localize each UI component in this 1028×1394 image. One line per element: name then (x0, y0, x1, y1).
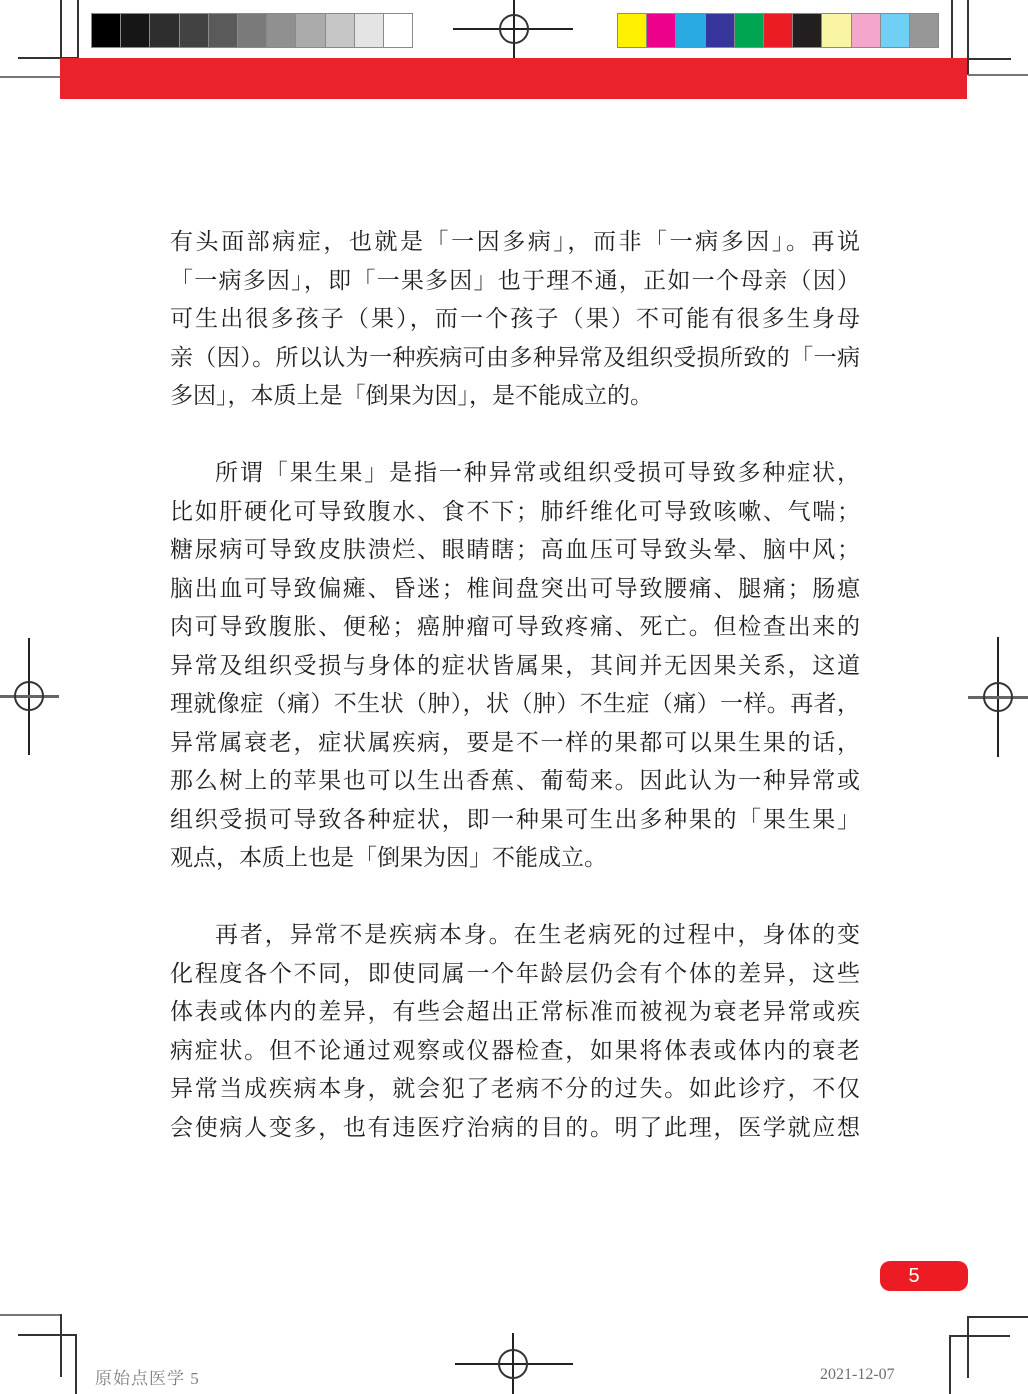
footer-book-title: 原始点医学 5 (95, 1364, 200, 1389)
crop-mark (967, 0, 969, 75)
grayscale-swatch (296, 14, 324, 47)
text-line: 理就像症（痛）不生状（肿），状（肿）不生症（痛）一样。再者， (170, 684, 860, 723)
color-calibration-bar (617, 13, 939, 48)
color-swatch (618, 14, 646, 47)
color-swatch (881, 14, 909, 47)
grayscale-swatch (209, 14, 237, 47)
page-number-badge: 5 (880, 1261, 968, 1291)
text-line: 所谓「果生果」是指一种异常或组织受损可导致多种症状， (170, 453, 860, 492)
grayscale-swatch (384, 14, 412, 47)
text-line: 异常属衰老，症状属疾病，要是不一样的果都可以果生果的话， (170, 723, 860, 762)
red-header-banner (60, 58, 967, 99)
text-line: 会使病人变多，也有违医疗治病的目的。明了此理，医学就应想 (170, 1108, 860, 1147)
text-line: 「一病多因」，即「一果多因」也于理不通，正如一个母亲（因） (170, 261, 860, 300)
grayscale-swatch (355, 14, 383, 47)
crop-mark (949, 1335, 951, 1394)
crop-mark (75, 1334, 77, 1394)
crop-mark (968, 74, 1028, 76)
grayscale-swatch (326, 14, 354, 47)
text-line: 再者，异常不是疾病本身。在生老病死的过程中，身体的变 (170, 915, 860, 954)
text-line: 脑出血可导致偏瘫、昏迷；椎间盘突出可导致腰痛、腿痛；肠瘜 (170, 569, 860, 608)
text-line: 糖尿病可导致皮肤溃烂、眼睛瞎；高血压可导致头晕、脑中风； (170, 530, 860, 569)
crop-mark (950, 1335, 1010, 1337)
grayscale-swatch (267, 14, 295, 47)
color-swatch (910, 14, 938, 47)
text-line: 亲（因）。所以认为一种疾病可由多种异常及组织受损所致的「一病 (170, 338, 860, 377)
crop-mark (77, 0, 79, 58)
grayscale-swatch (238, 14, 266, 47)
paragraph: 所谓「果生果」是指一种异常或组织受损可导致多种症状，比如肝硬化可导致腹水、食不下… (170, 453, 860, 877)
color-swatch (793, 14, 821, 47)
text-line: 多因」，本质上是「倒果为因」，是不能成立的。 (170, 376, 860, 415)
text-line: 肉可导致腹胀、便秘；癌肿瘤可导致疼痛、死亡。但检查出来的 (170, 607, 860, 646)
text-line: 可生出很多孩子（果），而一个孩子（果）不可能有很多生身母 (170, 299, 860, 338)
text-line: 异常及组织受损与身体的症状皆属果，其间并无因果关系，这道 (170, 646, 860, 685)
text-line: 病症状。但不论通过观察或仪器检查，如果将体表或体内的衰老 (170, 1031, 860, 1070)
text-line: 化程度各个不同，即使同属一个年龄层仍会有个体的差异，这些 (170, 954, 860, 993)
color-swatch (735, 14, 763, 47)
crop-mark (0, 1314, 60, 1316)
text-line: 组织受损可导致各种症状，即一种果可生出多种果的「果生果」 (170, 800, 860, 839)
scanned-book-page: 有头面部病症，也就是「一因多病」，而非「一病多因」。再说「一病多因」，即「一果多… (0, 0, 1028, 1394)
text-line: 有头面部病症，也就是「一因多病」，而非「一病多因」。再说 (170, 222, 860, 261)
grayscale-swatch (92, 14, 120, 47)
text-line: 比如肝硬化可导致腹水、食不下；肺纤维化可导致咳嗽、气喘； (170, 492, 860, 531)
text-line: 体表或体内的差异，有些会超出正常标准而被视为衰老异常或疾 (170, 992, 860, 1031)
color-swatch (822, 14, 850, 47)
body-text: 有头面部病症，也就是「一因多病」，而非「一病多因」。再说「一病多因」，即「一果多… (170, 222, 860, 1146)
crop-mark (967, 1316, 969, 1378)
paragraph: 再者，异常不是疾病本身。在生老病死的过程中，身体的变化程度各个不同，即使同属一个… (170, 915, 860, 1146)
color-swatch (852, 14, 880, 47)
footer-date: 2021-12-07 (820, 1366, 895, 1384)
grayscale-swatch (121, 14, 149, 47)
grayscale-calibration-bar (91, 13, 413, 48)
grayscale-swatch (180, 14, 208, 47)
paragraph: 有头面部病症，也就是「一因多病」，而非「一病多因」。再说「一病多因」，即「一果多… (170, 222, 860, 415)
crop-mark (0, 76, 60, 78)
crop-mark (951, 0, 953, 59)
crop-mark (968, 1316, 1028, 1318)
color-swatch (706, 14, 734, 47)
crop-mark (18, 1334, 76, 1336)
text-line: 异常当成疾病本身，就会犯了老病不分的过失。如此诊疗，不仅 (170, 1069, 860, 1108)
color-swatch (647, 14, 675, 47)
color-swatch (764, 14, 792, 47)
crop-mark (60, 0, 62, 59)
text-line: 观点，本质上也是「倒果为因」不能成立。 (170, 838, 860, 877)
crop-mark (60, 1314, 62, 1377)
text-line: 那么树上的苹果也可以生出香蕉、葡萄来。因此认为一种异常或 (170, 761, 860, 800)
grayscale-swatch (150, 14, 178, 47)
color-swatch (676, 14, 704, 47)
